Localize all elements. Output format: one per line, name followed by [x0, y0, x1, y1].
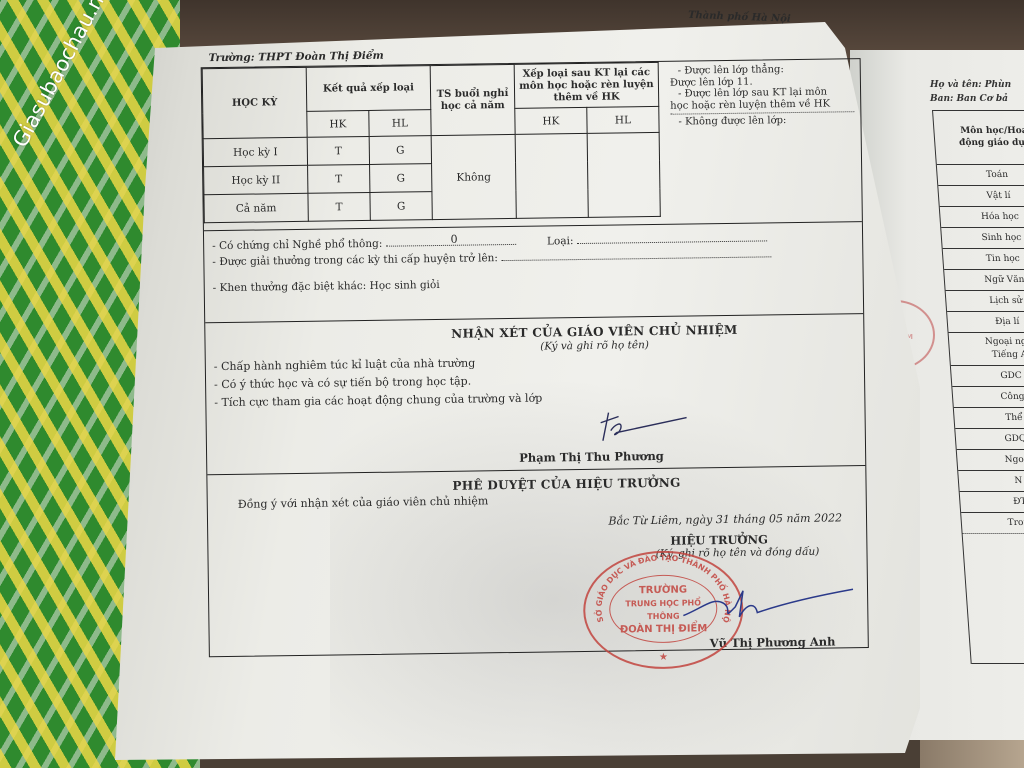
right-page-header: Họ và tên: Phùn Ban: Ban Cơ bả [930, 78, 1011, 106]
principal-role: HIỆU TRƯỞNG [670, 532, 768, 547]
subject-row: Hóa học [940, 207, 1024, 228]
subjects-table: Môn học/Hoạ động giáo dục ToánVật líHóa … [932, 110, 1024, 664]
subject-row: Thể [954, 408, 1024, 429]
date-line: Bắc Từ Liêm, ngày 31 tháng 05 năm 2022 [608, 511, 842, 527]
principal-section-title: PHÊ DUYỆT CỦA HIỆU TRƯỞNG [237, 473, 895, 496]
retest-hk-cell [515, 133, 588, 218]
subject-row: Sinh học [941, 228, 1024, 249]
principal-approval: Đồng ý với nhận xét của giáo viên chủ nh… [238, 494, 489, 510]
promotion-retest-label-cont: học hoặc rèn luyện thêm về HK [670, 98, 854, 112]
subjects-header-line1: Môn học/Hoạ [934, 125, 1024, 137]
sub-hl: HL [369, 110, 431, 137]
subjects-table-header: Môn học/Hoạ động giáo dục [933, 110, 1024, 165]
col-semester: HỌC KỲ [202, 67, 307, 138]
vocational-label: - Có chứng chỉ Nghề phổ thông: [212, 238, 382, 252]
report-card-document: Thành phố Hà Nội Trường: THPT Đoàn Thị Đ… [150, 10, 874, 660]
special-award-line: - Khen thưởng đặc biệt khác: Học sinh gi… [213, 279, 440, 294]
subject-row: Trong [961, 513, 1024, 534]
subject-row: GDQ [955, 429, 1024, 450]
teacher-name: Phạm Thị Thu Phương [519, 449, 664, 465]
teacher-comment: - Có ý thức học và có sự tiến bộ trong h… [214, 375, 471, 392]
subject-row: Toán [937, 165, 1024, 186]
vocational-field: 0 [386, 236, 516, 247]
city-heading: Thành phố Hà Nội [688, 10, 791, 25]
promotion-denied-label: - Không được lên lớp: [670, 114, 854, 128]
award-field [501, 248, 771, 261]
semester-cell: Cả năm [204, 193, 308, 222]
star-icon: ★ [659, 652, 668, 663]
hk-cell: T [307, 136, 369, 165]
hk-cell: T [308, 192, 370, 221]
subject-row: Lịch sử [946, 291, 1024, 312]
subject-row: Tin học [943, 249, 1024, 270]
retest-hl-cell [587, 132, 660, 217]
hl-cell: G [369, 136, 431, 165]
subject-row: Ngoại ngữTiếng A [949, 333, 1024, 366]
col-retest: Xếp loại sau KT lại các môn học hoặc rèn… [514, 62, 659, 108]
award-label: - Được giải thưởng trong các kỳ thi cấp … [212, 252, 498, 268]
award-line: - Được giải thưởng trong các kỳ thi cấp … [212, 248, 771, 268]
subject-row: GDC [951, 366, 1024, 387]
subject-row: Ngữ Văn [944, 270, 1024, 291]
semester-cell: Học kỳ I [203, 137, 307, 166]
subject-row: Vật lí [938, 186, 1024, 207]
table-row: Học kỳ I T G Không [203, 132, 659, 166]
teacher-comment: - Tích cực tham gia các hoạt động chung … [214, 392, 542, 410]
retest-sub-hl: HL [587, 106, 659, 133]
semester-cell: Học kỳ II [204, 165, 308, 194]
subjects-header-line2: động giáo dục [935, 137, 1024, 149]
hk-cell: T [308, 164, 370, 193]
branch-label: Ban: Ban Cơ bả [930, 92, 1011, 106]
col-result: Kết quả xếp loại [306, 66, 431, 112]
hl-cell: G [370, 192, 432, 221]
report-frame: HỌC KỲ Kết quả xếp loại TS buổi nghỉ học… [201, 58, 869, 657]
subject-row: ĐT [960, 492, 1024, 513]
subject-row: Địa lí [947, 312, 1024, 333]
col-absence: TS buổi nghỉ học cả năm [430, 64, 515, 135]
teacher-signature [597, 409, 697, 442]
subject-row: Công [952, 387, 1024, 408]
absence-cell: Không [431, 134, 516, 219]
principal-signature [673, 575, 864, 628]
type-field [577, 232, 767, 244]
sub-hk: HK [307, 110, 369, 137]
grades-table: HỌC KỲ Kết quả xếp loại TS buổi nghỉ học… [202, 62, 661, 223]
type-label: Loại: [547, 235, 574, 247]
teacher-comment: - Chấp hành nghiêm túc kỉ luật của nhà t… [214, 356, 476, 373]
divider [204, 221, 862, 231]
school-name: Trường: THPT Đoàn Thị Điểm [208, 50, 383, 64]
promotion-status: - Được lên lớp thẳng: Được lên lớp 11. -… [664, 59, 862, 224]
vocational-value: 0 [451, 233, 458, 246]
student-name-label: Họ và tên: Phùn [930, 78, 1011, 92]
retest-sub-hk: HK [515, 107, 587, 134]
subject-row: Ngoa [957, 450, 1024, 471]
subject-row: N [958, 471, 1024, 492]
hl-cell: G [370, 164, 432, 193]
